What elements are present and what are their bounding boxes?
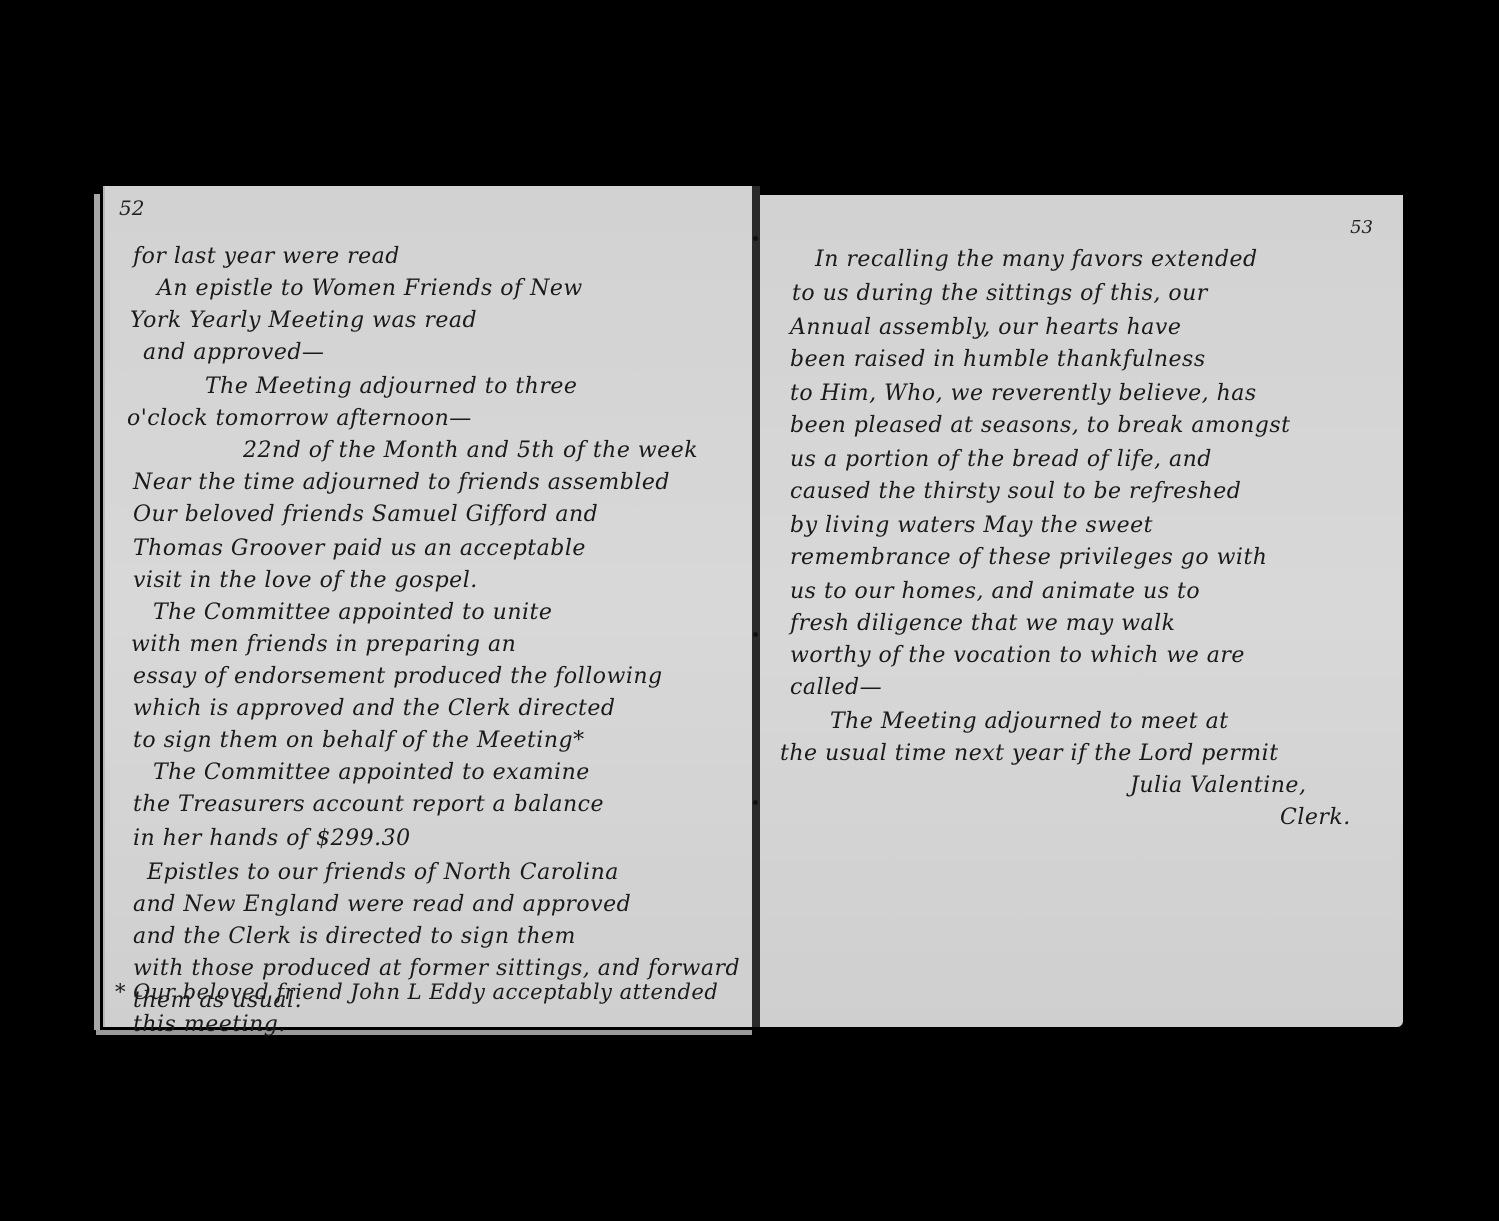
handwritten-line: which is approved and the Clerk directed	[133, 696, 615, 721]
handwritten-line: An epistle to Women Friends of New	[157, 276, 583, 301]
handwritten-line: Thomas Groover paid us an acceptable	[133, 536, 586, 561]
handwritten-line: Annual assembly, our hearts have	[790, 315, 1181, 340]
handwritten-line: by living waters May the sweet	[790, 513, 1153, 538]
handwritten-line: us to our homes, and animate us to	[790, 579, 1200, 604]
handwritten-line: Epistles to our friends of North Carolin…	[147, 860, 619, 885]
binding-mark	[753, 800, 758, 805]
handwritten-line: Near the time adjourned to friends assem…	[133, 470, 670, 495]
handwritten-line: the usual time next year if the Lord per…	[780, 741, 1279, 766]
handwritten-line: the Treasurers account report a balance	[133, 792, 604, 817]
handwritten-line: The Committee appointed to unite	[153, 600, 552, 625]
handwritten-line: * Our beloved friend John L Eddy accepta…	[115, 980, 718, 1004]
handwritten-line: Our beloved friends Samuel Gifford and	[133, 502, 598, 527]
right-page: 53 In recalling the many favors extended…	[760, 195, 1403, 1027]
handwritten-line: worthy of the vocation to which we are	[790, 643, 1245, 668]
handwritten-line: In recalling the many favors extended	[815, 247, 1258, 272]
handwritten-line: The Meeting adjourned to meet at	[830, 709, 1229, 734]
handwritten-line: for last year were read	[133, 244, 400, 269]
handwritten-line: with men friends in preparing an	[131, 632, 516, 657]
binding-mark	[753, 632, 758, 637]
handwritten-line: Julia Valentine,	[1130, 773, 1306, 798]
handwritten-line: Clerk.	[1280, 805, 1351, 830]
handwritten-line: us a portion of the bread of life, and	[790, 447, 1212, 472]
page-number-right: 53	[1350, 217, 1373, 238]
handwritten-line: visit in the love of the gospel.	[133, 568, 478, 593]
handwritten-line: with those produced at former sittings, …	[133, 956, 740, 981]
handwritten-line: 22nd of the Month and 5th of the week	[243, 438, 698, 463]
left-page: 52 for last year were readAn epistle to …	[103, 186, 752, 1027]
handwritten-line: caused the thirsty soul to be refreshed	[790, 479, 1241, 504]
page-number-left: 52	[119, 196, 144, 220]
handwritten-line: The Committee appointed to examine	[153, 760, 590, 785]
handwritten-line: o'clock tomorrow afternoon—	[127, 406, 472, 431]
handwritten-line: in her hands of $299.30	[133, 826, 411, 851]
handwritten-line: and the Clerk is directed to sign them	[133, 924, 576, 949]
handwritten-line: to sign them on behalf of the Meeting*	[133, 728, 585, 753]
handwritten-line: this meeting.	[133, 1012, 286, 1037]
handwritten-line: The Meeting adjourned to three	[205, 374, 577, 399]
handwritten-line: York Yearly Meeting was read	[130, 308, 477, 333]
handwritten-line: and New England were read and approved	[133, 892, 631, 917]
handwritten-line: been raised in humble thankfulness	[790, 347, 1206, 372]
handwritten-line: and approved—	[143, 340, 324, 365]
handwritten-line: to us during the sittings of this, our	[792, 281, 1208, 306]
handwritten-line: called—	[790, 675, 882, 700]
binding-mark	[753, 236, 758, 241]
handwritten-line: remembrance of these privileges go with	[790, 545, 1267, 570]
handwritten-line: essay of endorsement produced the follow…	[133, 664, 663, 689]
book-gutter	[752, 186, 760, 1027]
handwritten-line: been pleased at seasons, to break amongs…	[790, 413, 1291, 438]
handwritten-line: fresh diligence that we may walk	[790, 611, 1175, 636]
handwritten-line: to Him, Who, we reverently believe, has	[790, 381, 1257, 406]
page-edge-strip	[94, 194, 100, 1030]
